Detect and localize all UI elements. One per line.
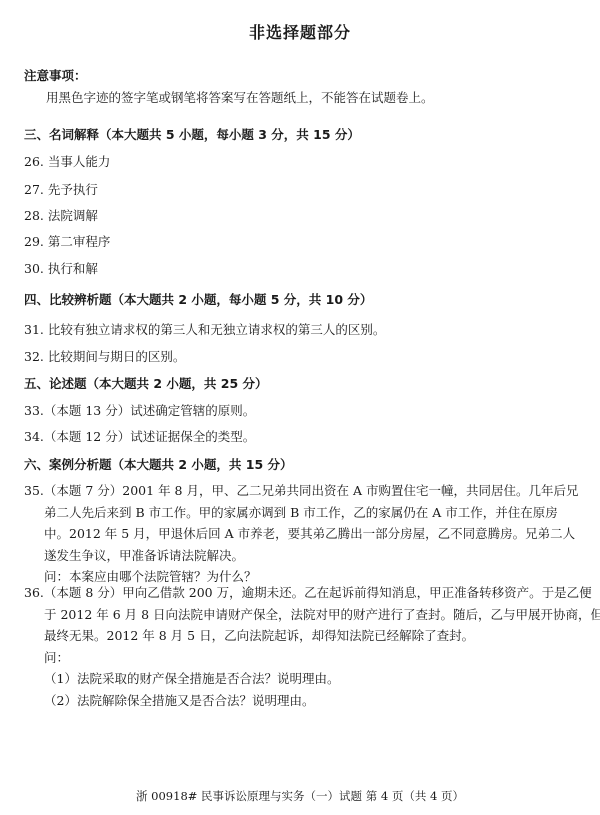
case-subquestion-2: （2）法院解除保全措施又是否合法？说明理由。 [24, 690, 580, 712]
question-35: 35.（本题 7 分）2001 年 8 月，甲、乙二兄弟共同出资在 A 市购置住… [24, 480, 580, 588]
page-title: 非选择题部分 [0, 20, 600, 43]
section-heading-3: 三、名词解释（本大题共 5 小题，每小题 3 分，共 15 分） [24, 125, 360, 143]
question-30: 30. 执行和解 [24, 259, 98, 277]
section-heading-6: 六、案例分析题（本大题共 2 小题，共 15 分） [24, 455, 293, 473]
page-footer: 浙 00918# 民事诉讼原理与实务（一）试题 第 4 页（共 4 页） [0, 788, 600, 804]
case-subquestion-1: （1）法院采取的财产保全措施是否合法？说明理由。 [24, 668, 580, 690]
question-28: 28. 法院调解 [24, 206, 98, 224]
question-26: 26. 当事人能力 [24, 152, 110, 170]
case-line: 最终无果。2012 年 8 月 5 日，乙向法院起诉，却得知法院已经解除了查封。 [24, 625, 580, 647]
case-line: 35.（本题 7 分）2001 年 8 月，甲、乙二兄弟共同出资在 A 市购置住… [24, 480, 580, 502]
section-heading-4: 四、比较辨析题（本大题共 2 小题，每小题 5 分，共 10 分） [24, 290, 372, 308]
notice-text: 用黑色字迹的签字笔或钢笔将答案写在答题纸上，不能答在试题卷上。 [46, 88, 434, 106]
case-line: 于 2012 年 6 月 8 日向法院申请财产保全，法院对甲的财产进行了查封。随… [24, 604, 580, 626]
question-36: 36.（本题 8 分）甲向乙借款 200 万，逾期未还。乙在起诉前得知消息，甲正… [24, 582, 580, 711]
question-32: 32. 比较期间与期日的区别。 [24, 347, 185, 365]
case-line: 弟二人先后来到 B 市工作。甲的家属亦调到 B 市工作，乙的家属仍在 A 市工作… [24, 502, 580, 524]
case-question-label: 问： [24, 647, 580, 669]
case-line: 36.（本题 8 分）甲向乙借款 200 万，逾期未还。乙在起诉前得知消息，甲正… [24, 582, 580, 604]
question-29: 29. 第二审程序 [24, 232, 110, 250]
case-line: 中。2012 年 5 月，甲退休后回 A 市养老，要其弟乙腾出一部分房屋，乙不同… [24, 523, 580, 545]
notice-label: 注意事项： [24, 66, 87, 84]
section-heading-5: 五、论述题（本大题共 2 小题，共 25 分） [24, 374, 268, 392]
question-27: 27. 先予执行 [24, 180, 98, 198]
question-31: 31. 比较有独立请求权的第三人和无独立请求权的第三人的区别。 [24, 320, 385, 338]
case-line: 遂发生争议，甲准备诉请法院解决。 [24, 545, 580, 567]
question-33: 33.（本题 13 分）试述确定管辖的原则。 [24, 401, 255, 419]
question-34: 34.（本题 12 分）试述证据保全的类型。 [24, 427, 255, 445]
